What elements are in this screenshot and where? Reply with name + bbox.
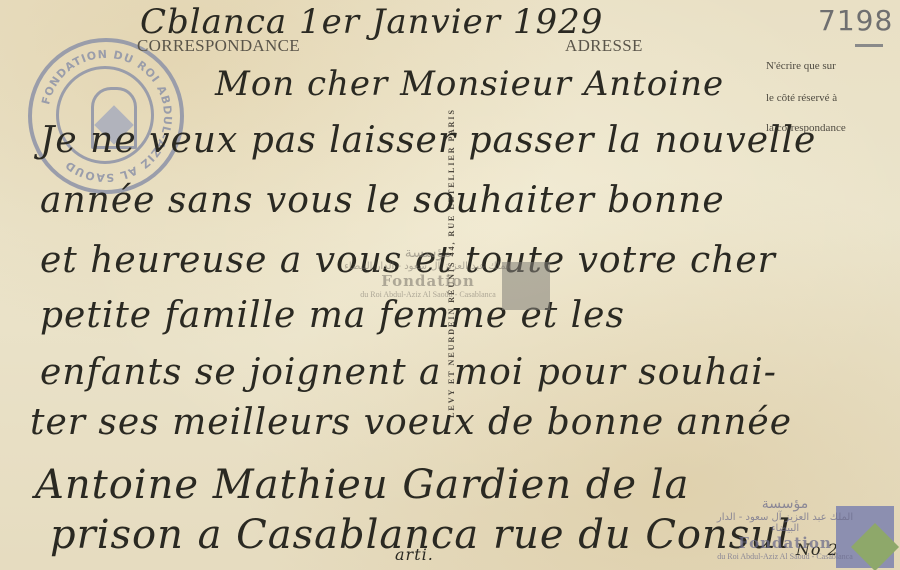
handwritten-date: Cblanca 1er Janvier 1929 bbox=[140, 2, 603, 42]
handwritten-suffix: arti. bbox=[395, 545, 434, 564]
handwritten-signature: Antoine Mathieu Gardien de la bbox=[35, 462, 689, 508]
foundation-stamp: FONDATION DU ROI ABDUL-AZIZ AL SAOUD bbox=[28, 38, 184, 194]
reference-underline bbox=[855, 44, 883, 47]
handwritten-salutation: Mon cher Monsieur Antoine bbox=[215, 64, 724, 104]
handwritten-line: enfants se joignent a moi pour souhai- bbox=[40, 352, 777, 393]
postcard: FONDATION DU ROI ABDUL-AZIZ AL SAOUD COR… bbox=[0, 0, 900, 570]
watermark-arabic-subtitle: الملك عبد العزيز آل سعود - الدار البيضاء bbox=[338, 261, 518, 272]
watermark-label: Fondation bbox=[710, 534, 860, 552]
watermark-subtitle: du Roi Abdul-Aziz Al Saoud - Casablanca bbox=[338, 290, 518, 299]
watermark-arabic-title: مؤسسة bbox=[710, 496, 860, 512]
watermark-arabic-subtitle: الملك عبد العزيز آل سعود - الدار البيضاء bbox=[710, 512, 860, 534]
watermark-label: Fondation bbox=[338, 272, 518, 290]
handwritten-line: Je ne veux pas laisser passer la nouvell… bbox=[40, 120, 816, 161]
watermark-center: مؤسسة الملك عبد العزيز آل سعود - الدار ا… bbox=[338, 245, 518, 299]
watermark-arabic-title: مؤسسة bbox=[338, 245, 518, 261]
instruction-line-1: N'écrire que sur bbox=[766, 60, 836, 72]
handwritten-line: année sans vous le souhaiter bonne bbox=[40, 180, 725, 221]
watermark-subtitle: du Roi Abdul-Aziz Al Saoud - Casablanca bbox=[710, 552, 860, 561]
reference-number: 7198 bbox=[818, 4, 893, 37]
instruction-line-2: le côté réservé à bbox=[766, 92, 837, 104]
watermark-corner: مؤسسة الملك عبد العزيز آل سعود - الدار ا… bbox=[710, 496, 860, 561]
handwritten-line: ter ses meilleurs voeux de bonne année bbox=[30, 402, 792, 443]
